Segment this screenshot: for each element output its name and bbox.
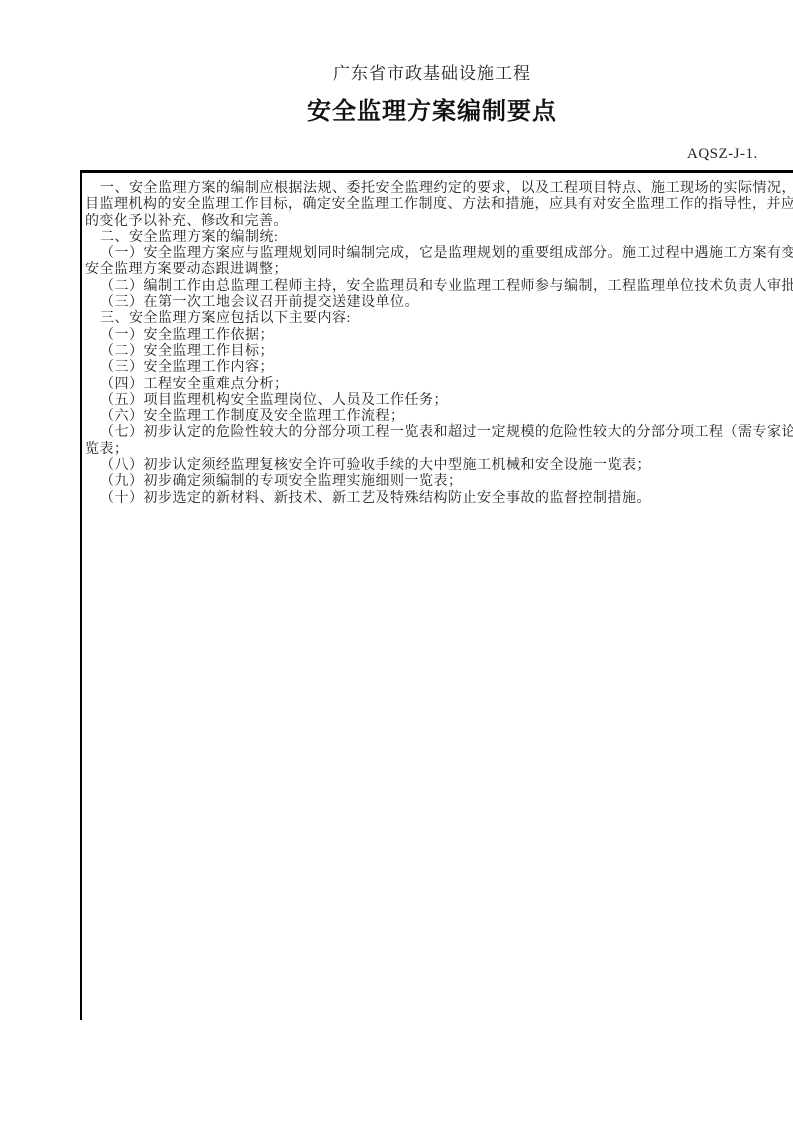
text-line: （十）初步选定的新材料、新技术、新工艺及特殊结构防止安全事故的监督控制措施。 bbox=[85, 491, 793, 507]
text-line: （三）安全监理工作内容； bbox=[85, 360, 793, 376]
text-line: 一、安全监理方案的编制应根据法规、委托安全监理约定的要求，以及工程项目特点、施工… bbox=[85, 181, 793, 197]
org-title: 广东省市政基础设施工程 bbox=[0, 59, 793, 84]
text-line: （七）初步认定的危险性较大的分部分项工程一览表和超过一定规模的危险性较大的分部分… bbox=[85, 425, 793, 441]
form-code-label: AQSZ-J-1. bbox=[687, 146, 758, 163]
text-line: （三）在第一次工地会议召开前提交送建设单位。 bbox=[85, 295, 793, 311]
text-line: （六）安全监理工作制度及安全监理工作流程； bbox=[85, 409, 793, 425]
text-line: （一）安全监理方案应与监理规划同时编制完成，它是监理规划的重要组成部分。施工过程… bbox=[85, 246, 793, 262]
content-box: 一、安全监理方案的编制应根据法规、委托安全监理约定的要求，以及工程项目特点、施工… bbox=[80, 170, 793, 1020]
document-page: 广东省市政基础设施工程 安全监理方案编制要点 AQSZ-J-1. 一、安全监理方… bbox=[0, 0, 793, 1122]
text-line: 二、安全监理方案的编制统: bbox=[85, 230, 793, 246]
doc-title: 安全监理方案编制要点 bbox=[0, 91, 793, 126]
text-line: 的变化予以补充、修改和完善。 bbox=[85, 214, 793, 230]
text-line: 目监理机构的安全监理工作目标，确定安全监理工作制度、方法和措施，应具有对安全监理… bbox=[85, 197, 793, 213]
text-line: 安全监理方案要动态跟进调整； bbox=[85, 262, 793, 278]
text-line: （二）编制工作由总监理工程师主持，安全监理员和专业监理工程师参与编制，工程监理单… bbox=[85, 279, 793, 295]
text-line: 览表； bbox=[85, 442, 793, 458]
text-line: （八）初步认定须经监理复核安全许可验收手续的大中型施工机械和安全设施一览表； bbox=[85, 458, 793, 474]
text-line: （九）初步确定须编制的专项安全监理实施细则一览表； bbox=[85, 474, 793, 490]
document-body: 一、安全监理方案的编制应根据法规、委托安全监理约定的要求，以及工程项目特点、施工… bbox=[82, 173, 793, 507]
text-line: 三、安全监理方案应包括以下主要内容: bbox=[85, 311, 793, 327]
text-line: （二）安全监理工作目标； bbox=[85, 344, 793, 360]
text-line: （一）安全监理工作依据； bbox=[85, 328, 793, 344]
text-line: （五）项目监理机构安全监理岗位、人员及工作任务； bbox=[85, 393, 793, 409]
text-line: （四）工程安全重难点分析； bbox=[85, 377, 793, 393]
